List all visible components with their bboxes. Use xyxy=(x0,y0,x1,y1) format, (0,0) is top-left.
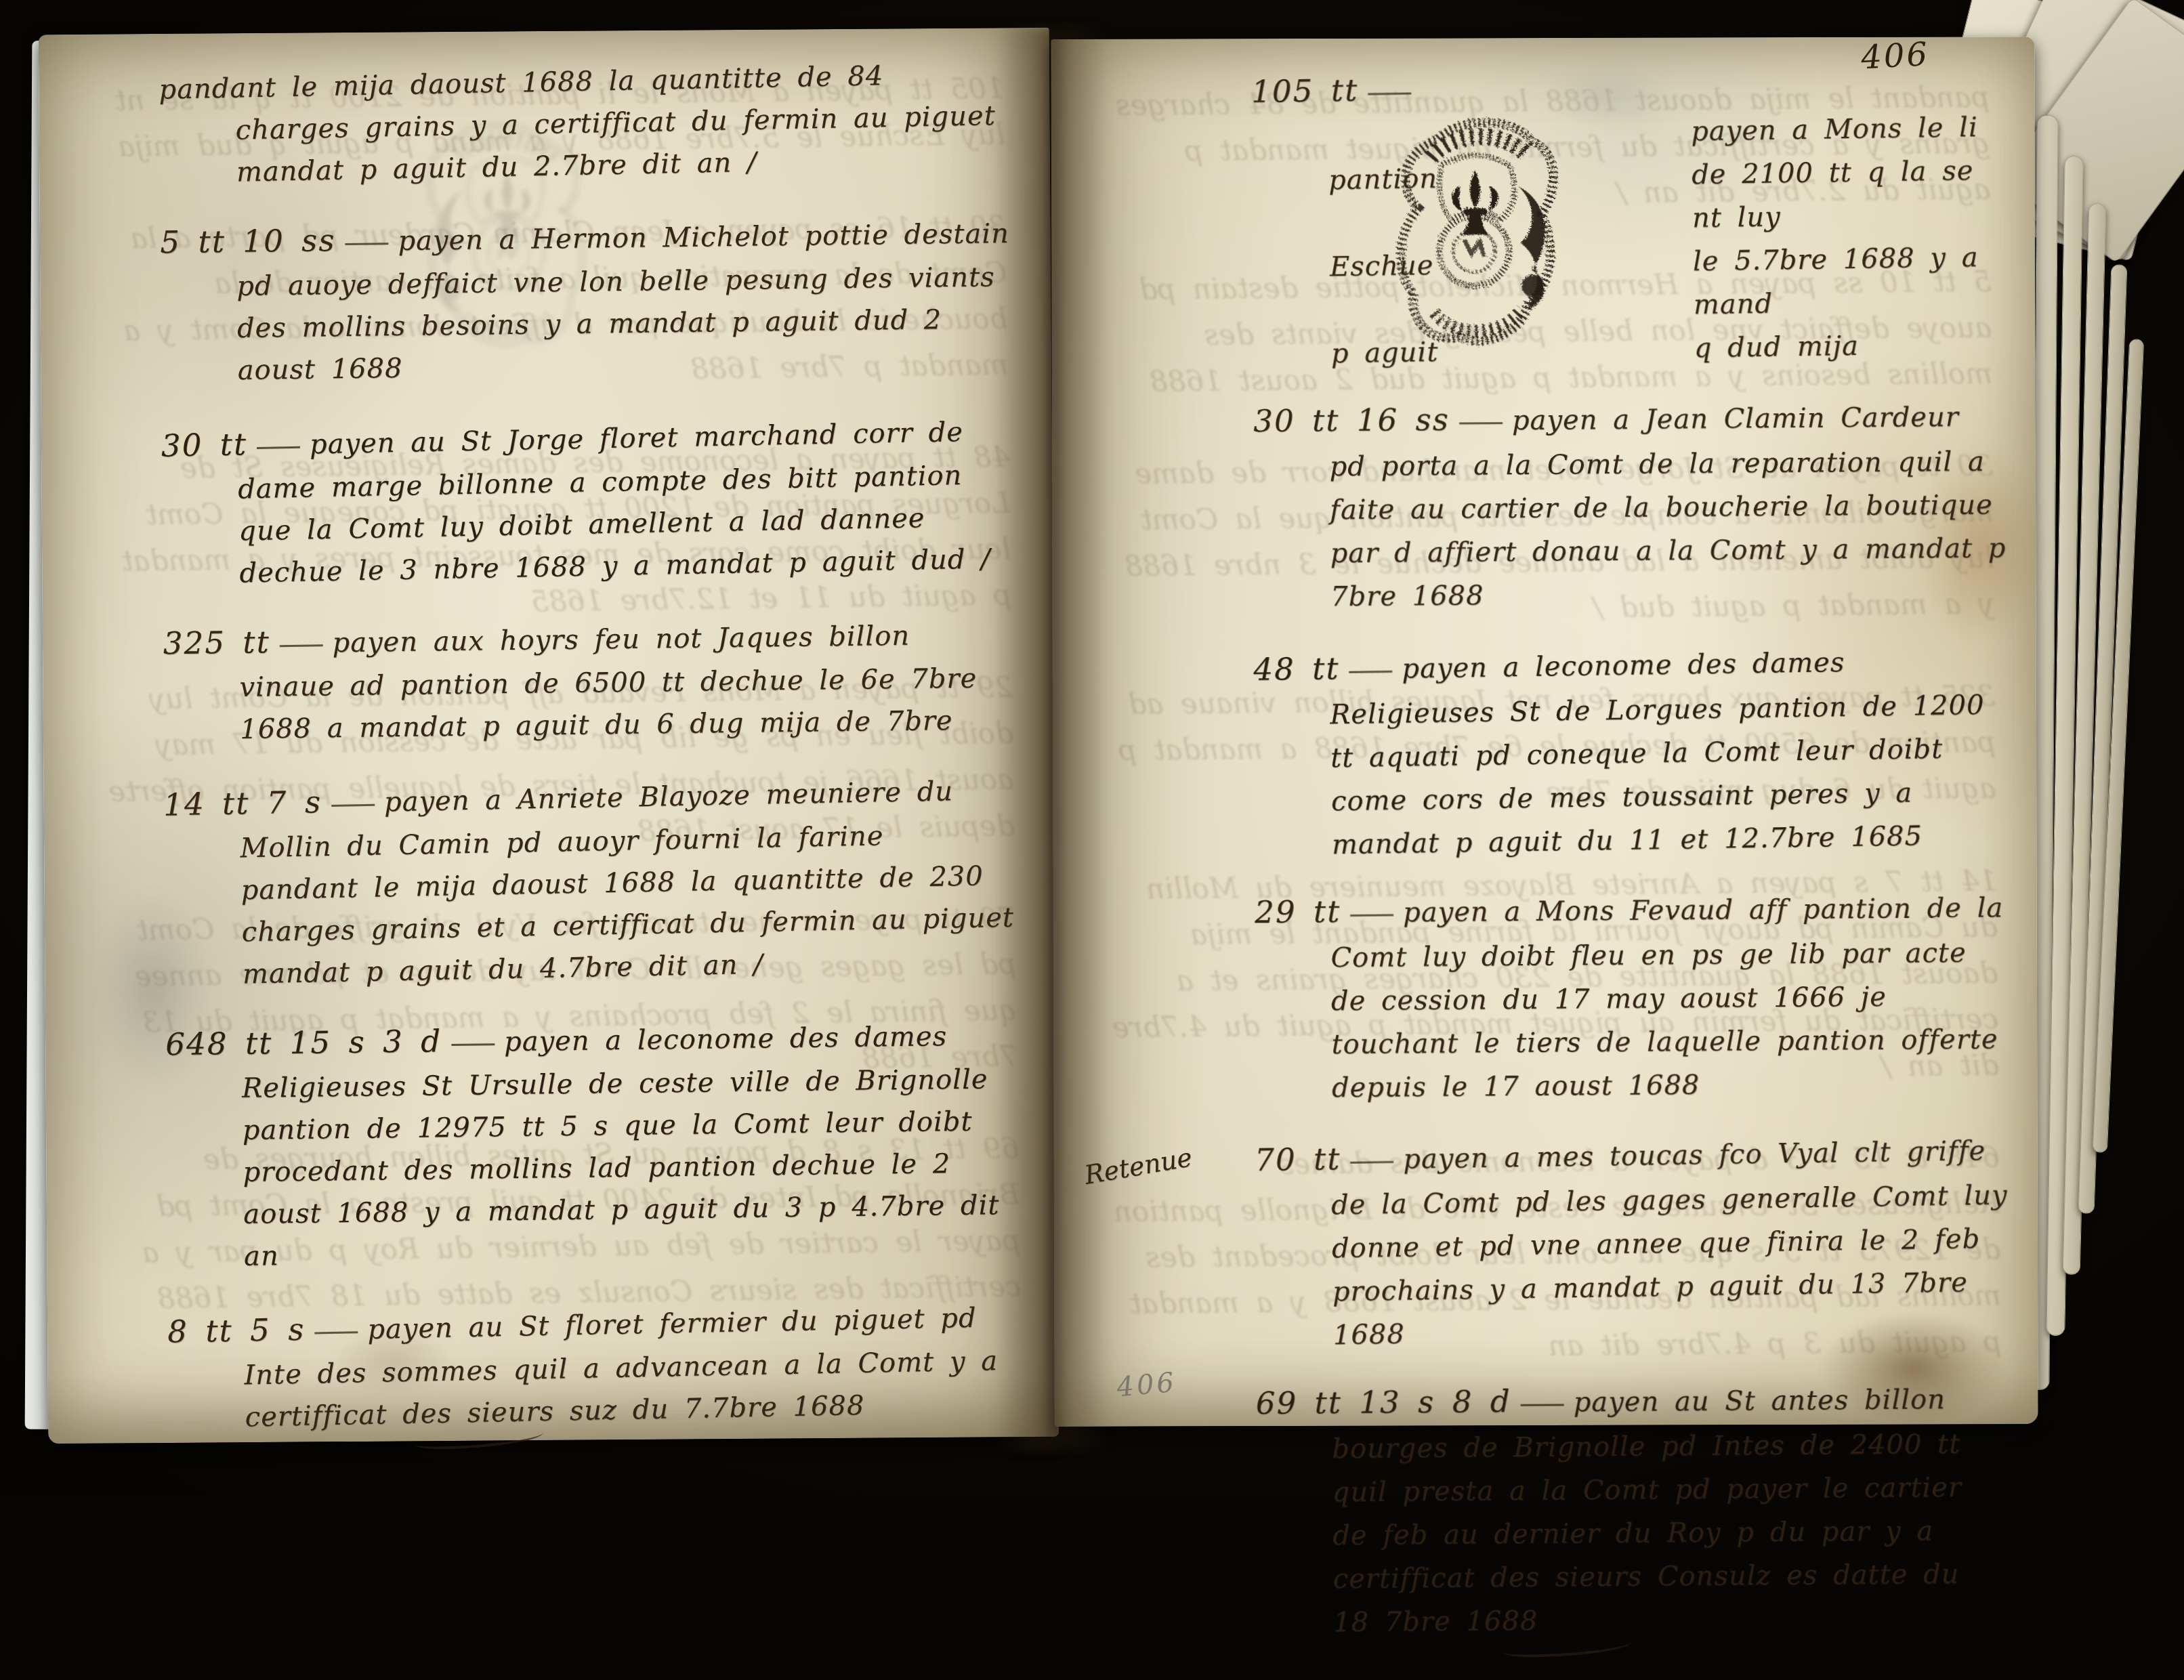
entry-amount: 48 tt xyxy=(1253,649,1402,687)
entry-amount: 69 tt 13 s 8 d xyxy=(1255,1383,1573,1421)
entry-line-right: le 5.7bre 1688 y a mand xyxy=(1693,236,2009,327)
ledger-entry: 325 ttpayen aux hoyrs feu not Jaques bil… xyxy=(163,610,1014,751)
ledger-entry: 5 tt 10 sspayen a Hermon Michelot pottie… xyxy=(160,209,1012,392)
entry-amount: 14 tt 7 s xyxy=(163,783,385,823)
left-page: 105 tt payen a Mons le li pantion de 210… xyxy=(39,28,1059,1444)
ledger-entry: Retenue70 ttpayen a mes toucas fco Vyal … xyxy=(1255,1125,2011,1359)
entry-amount: 325 tt xyxy=(163,623,333,661)
entry-line: p aguitq dud mija xyxy=(1330,322,2009,376)
entry-amount: 30 tt 16 ss xyxy=(1253,401,1512,439)
entry-text: payen a mes toucas fco Vyal clt griffe d… xyxy=(1331,1135,2008,1351)
right-page-entries: 105 ttpayen a Mons le lipantionde 2100 t… xyxy=(1253,61,2010,1496)
entry-line-left: pantion xyxy=(1328,156,1533,245)
entry-line: Eschuele 5.7bre 1688 y a mand xyxy=(1330,236,2009,333)
ledger-entry: 30 ttpayen au St Jorge floret marchand c… xyxy=(161,406,1014,596)
entry-amount: 30 tt xyxy=(161,425,310,464)
ledger-entry: 69 tt 13 s 8 dpayen au St antes billon b… xyxy=(1255,1373,2011,1496)
margin-note: Retenue xyxy=(1081,1137,1195,1196)
ledger-entry: 14 tt 7 spayen a Anriete Blayoze meunier… xyxy=(163,765,1017,997)
entry-text: payen au St Jorge floret marchand corr d… xyxy=(238,417,991,589)
pencil-folio-number: 406 xyxy=(1116,1367,1178,1404)
ledger-entry: 48 ttpayen a leconome des dames Religieu… xyxy=(1253,634,2010,868)
entry-line: pantionde 2100 tt q la se nt luy xyxy=(1328,149,2007,246)
entry-amount: 5 tt 10 ss xyxy=(160,222,398,260)
entry-amount: 8 tt 5 s xyxy=(167,1310,368,1350)
entry-line-left: p aguit xyxy=(1330,329,1534,375)
entry-text: payen a leconome des dames Religieuses S… xyxy=(1330,647,1985,861)
photo-stage: 105 tt payen a Mons le li pantion de 210… xyxy=(0,0,2184,1496)
ledger-entry: 29 ttpayen a Mons Fevaud aff pantion de … xyxy=(1255,882,2010,1110)
entry-amount: 648 tt 15 s 3 d xyxy=(165,1022,504,1062)
entry-amount: 105 tt xyxy=(1251,71,1421,110)
ledger-entry: 30 tt 16 sspayen a Jean Clamin Cardeur p… xyxy=(1253,392,2009,620)
entry-line-right: q dud mija xyxy=(1694,322,2009,371)
ledger-entry: 105 ttpayen a Mons le lipantionde 2100 t… xyxy=(1251,56,2009,377)
entry-line-left: Eschue xyxy=(1330,243,1534,332)
entry-line-left xyxy=(1328,112,1532,159)
entry-text: pandant le mija daoust 1688 la quantitte… xyxy=(159,60,996,188)
right-page: pandant le mija daoust 1688 la quantitte… xyxy=(1051,37,2038,1427)
ledger-entry: 648 tt 15 s 3 dpayen a leconome des dame… xyxy=(165,1011,1019,1278)
entry-amount: 29 tt xyxy=(1255,893,1404,930)
entry-text: payen aux hoyrs feu not Jaques billon vi… xyxy=(239,621,977,745)
ledger-entry: pandant le mija daoust 1688 la quantitte… xyxy=(159,53,1011,195)
entry-line-right: de 2100 tt q la se nt luy xyxy=(1692,149,2007,240)
ledger-entry: 8 tt 5 spayen au St floret fermier du pi… xyxy=(167,1293,1020,1454)
left-page-entries: pandant le mija daoust 1688 la quantitte… xyxy=(159,58,1020,1475)
entry-amount: 70 tt xyxy=(1255,1140,1404,1178)
entry-line-right: payen a Mons le li xyxy=(1691,106,2006,154)
entry-text: payen a Mons Fevaud aff pantion de la Co… xyxy=(1330,892,2003,1104)
